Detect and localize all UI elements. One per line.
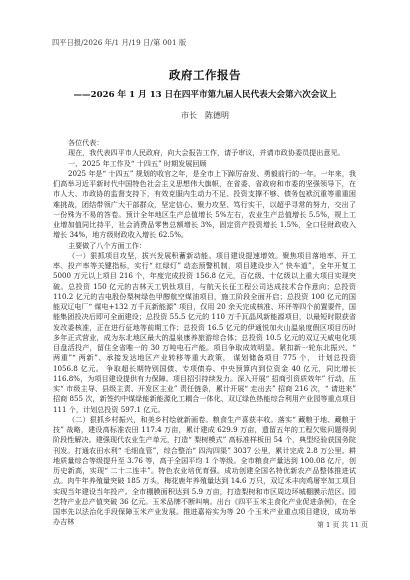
paragraph-intro: 现在，我代表四平市人民政府，向大会报告工作，请予审议，并请市政协委员提出意见。 — [53, 148, 356, 158]
author-name: 陈德明 — [205, 111, 229, 120]
section-heading: 一、2025 年工作及“ 十四五” 时期发展回顾 — [53, 159, 356, 169]
document-subtitle: ——2026 年 1 月 13 日在四平市第九届人民代表大会第六次会议上 — [0, 88, 410, 100]
document-body: 各位代表： 现在，我代表四平市人民政府，向大会报告工作，请予审议，并请市政协委员… — [53, 138, 356, 528]
paragraph-rural: （二）狠抓乡村振兴，和美乡村绘就新画卷。粮食生产喜获丰收。落实“ 藏粮于地、藏粮… — [53, 415, 356, 528]
source-line: 四平日报/2026 年/1 月/19 日/第 001 版 — [52, 38, 186, 48]
salutation: 各位代表： — [53, 138, 356, 148]
author-role: 市长 — [181, 111, 197, 120]
document-page: 四平日报/2026 年/1 月/19 日/第 001 版 政府工作报告 ——20… — [0, 0, 410, 580]
paragraph-summary-lead: 主要做了八个方面工作： — [53, 241, 356, 251]
author-line: 市长陈德明 — [0, 110, 410, 121]
paragraph-projects: （一）狠抓项目攻坚，拔兴发展积蓄新动能。项目建设提速增效。聚焦项目落地率、开工率… — [53, 251, 356, 415]
page-indicator: 第 1 页 共 11 页 — [317, 519, 368, 529]
document-title: 政府工作报告 — [0, 67, 410, 83]
paragraph-overview: 2025 年是“ 十四五” 规划的收官之年，是全市上下踔厉奋发、勇毅前行的一年。… — [53, 169, 356, 241]
